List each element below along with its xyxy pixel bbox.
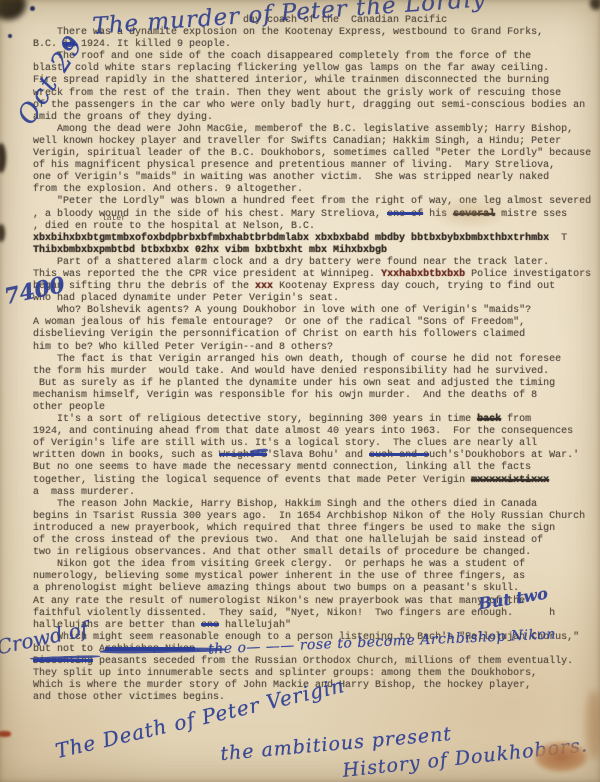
typed-line: Among the dead were John MacGie, membero…: [33, 124, 600, 136]
typed-line: But as surely as if he planted the dynam…: [33, 378, 600, 390]
left-edge-mark: [0, 143, 6, 173]
typed-line: Which is where the murder story of John …: [33, 680, 600, 692]
typed-line: There was a dynamite explosion on the Ko…: [33, 27, 600, 39]
typed-line: Fire spread rapidly in the shattered int…: [33, 75, 600, 87]
handwritten-ambition-note: the ambitious present: [219, 723, 452, 765]
typed-line: faithful violently dissented. They said,…: [33, 608, 600, 620]
typed-line: This was reported the the CPR vice presi…: [33, 269, 600, 281]
typed-line: from the explosion. And others. 9 altoge…: [33, 184, 600, 196]
typed-line: mechanism himself, Verigin was responsib…: [33, 390, 600, 402]
typed-line: Part of a shattered alarm clock and a dr…: [33, 257, 600, 269]
typed-line: Nikon got the idea from visiting Greek c…: [33, 559, 600, 571]
typed-line: disbelieving Verigin the personnificatio…: [33, 329, 600, 341]
typed-line: Who? Bolshevik agents? A young Doukhobor…: [33, 305, 600, 317]
brown-stain-bottom: [534, 742, 588, 772]
ink-dot: [30, 6, 35, 11]
typed-line: Verigin, spiritual leader of the B.C. Do…: [33, 148, 600, 160]
typed-line: wreck from the rest of the train. Then t…: [33, 88, 600, 100]
typed-line: two in religious observances. And that o…: [33, 547, 600, 559]
typed-line: It's a sort of religious detective story…: [33, 414, 600, 426]
typed-line: They split up into innumerable sects and…: [33, 668, 600, 680]
typed-line: a phrenologist might believe amazing thi…: [33, 583, 600, 595]
typed-line: numerology, believing some mystical powe…: [33, 571, 600, 583]
typed-line: of the passengers in the car who were on…: [33, 100, 600, 112]
red-dash-left: [0, 731, 11, 737]
typed-insert-later: later: [102, 214, 126, 223]
typed-line: blast, cold white stars replacing flicke…: [33, 63, 600, 75]
typed-line: introduced a new prayerbook, which requi…: [33, 523, 600, 535]
typed-line: the form his murder would take. And woul…: [33, 366, 600, 378]
typed-line: "Peter the Lordly" was blown a hundred f…: [33, 196, 600, 208]
typed-line: written down in books, such as Wright's'…: [33, 450, 600, 462]
typed-line: well known hockey player and traveller f…: [33, 136, 600, 148]
typed-line: begins in Tsarist Russia 300 years ago. …: [33, 511, 600, 523]
typed-line: The roof and one side of the coach disap…: [33, 51, 600, 63]
typed-line: day coach of the Canadian Pacific: [33, 15, 600, 27]
right-edge-mark: [590, 0, 600, 10]
typed-line: A woman jealous of his female entourage?…: [33, 317, 600, 329]
typed-line: other people: [33, 402, 600, 414]
typed-line: xbxbihxbxbtgmtmbxofoxbdpbrbxbfmbxhabtbrb…: [33, 233, 600, 245]
handwritten-history-note: History of Doukhobors.: [342, 734, 589, 782]
typed-line: of his magnificent physical presence and…: [33, 160, 600, 172]
typed-line: who had placed dynamite under Peter Veri…: [33, 293, 600, 305]
dark-corner-stain: [0, 0, 26, 20]
typed-line: But no one seems to have made the necess…: [33, 462, 600, 474]
typed-line: and those other victimes begins.: [33, 692, 600, 704]
typed-line: one of Verigin's "maids" in waiting was …: [33, 172, 600, 184]
typed-line: him to be? Who killed Peter Verigin--and…: [33, 342, 600, 354]
typed-line: The fact is that Verigin arranged his ow…: [33, 354, 600, 366]
typed-line: together, listing the logical sequence o…: [33, 475, 600, 487]
typed-line: amid the groans of they dying.: [33, 112, 600, 124]
typed-line: B.C. in 1924. It killed 9 people.: [33, 39, 600, 51]
typed-line: Dissenting peasants seceded from the Rus…: [33, 656, 600, 668]
typed-line: 1924, and continuing ahead from that dat…: [33, 426, 600, 438]
manuscript-page: day coach of the Canadian Pacific There …: [0, 0, 600, 782]
typescript: day coach of the Canadian Pacific There …: [33, 15, 600, 704]
typed-line: Thibxbmbxbxpmbtbd btbxbxbx 02hx vibm bxb…: [33, 245, 600, 257]
typed-line: hallelujahs are better than one halleluj…: [33, 620, 600, 632]
typed-line: began sifting thru the debris of the xxx…: [33, 281, 600, 293]
ink-dot-2: [8, 34, 12, 38]
typed-line: Which might seem reasonable enough to a …: [33, 632, 600, 644]
typed-line: of the cross instead of the previous two…: [33, 535, 600, 547]
typed-line: of Verigin's life are still with us. It'…: [33, 438, 600, 450]
left-edge-mark-2: [0, 224, 5, 242]
typed-line: The reason John Mackie, Harry Bishop, Ha…: [33, 499, 600, 511]
typed-line: At any rate the result of numerologist N…: [33, 596, 600, 608]
typed-line: a mass murderer.: [33, 487, 600, 499]
